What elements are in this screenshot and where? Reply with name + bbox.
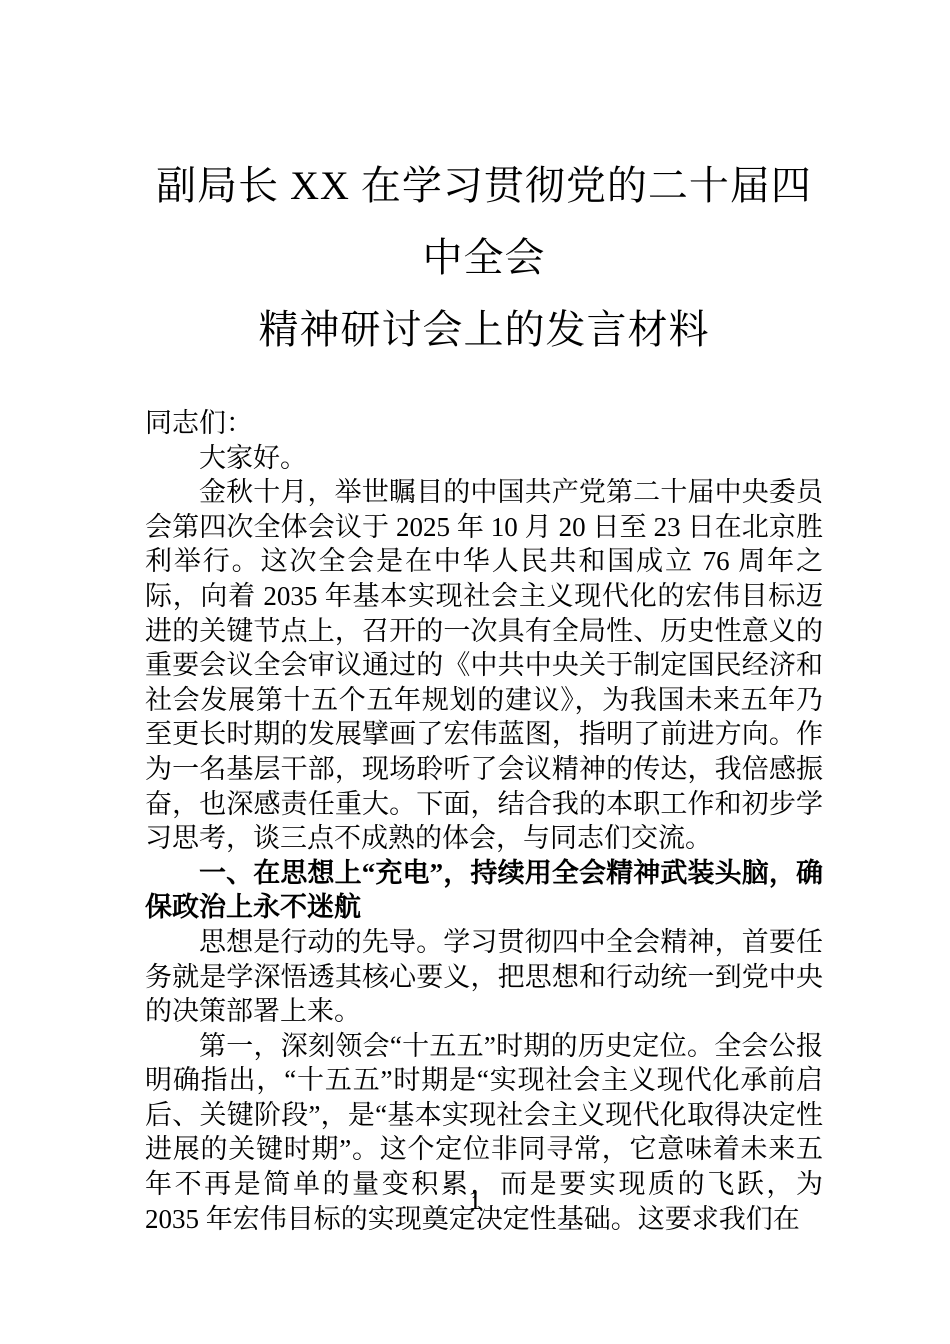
section-heading-1: 一、在思想上“充电”，持续用全会精神武装头脑，确保政治上永不迷航	[145, 856, 823, 925]
document-title-line1: 副局长 XX 在学习贯彻党的二十届四中全会	[145, 150, 823, 294]
document-page: 副局长 XX 在学习贯彻党的二十届四中全会 精神研讨会上的发言材料 同志们： 大…	[0, 0, 950, 1344]
paragraph-greeting: 大家好。	[145, 441, 823, 476]
document-title-line2: 精神研讨会上的发言材料	[145, 294, 823, 366]
paragraph-introduction: 金秋十月，举世瞩目的中国共产党第二十届中央委员会第四次全体会议于 2025 年 …	[145, 475, 823, 856]
document-title: 副局长 XX 在学习贯彻党的二十届四中全会 精神研讨会上的发言材料	[145, 150, 823, 366]
document-body: 同志们： 大家好。 金秋十月，举世瞩目的中国共产党第二十届中央委员会第四次全体会…	[145, 406, 823, 1236]
paragraph-salutation: 同志们：	[145, 406, 823, 441]
paragraph-section1-intro: 思想是行动的先导。学习贯彻四中全会精神，首要任务就是学深悟透其核心要义，把思想和…	[145, 925, 823, 1029]
page-number: 1	[0, 1184, 950, 1216]
